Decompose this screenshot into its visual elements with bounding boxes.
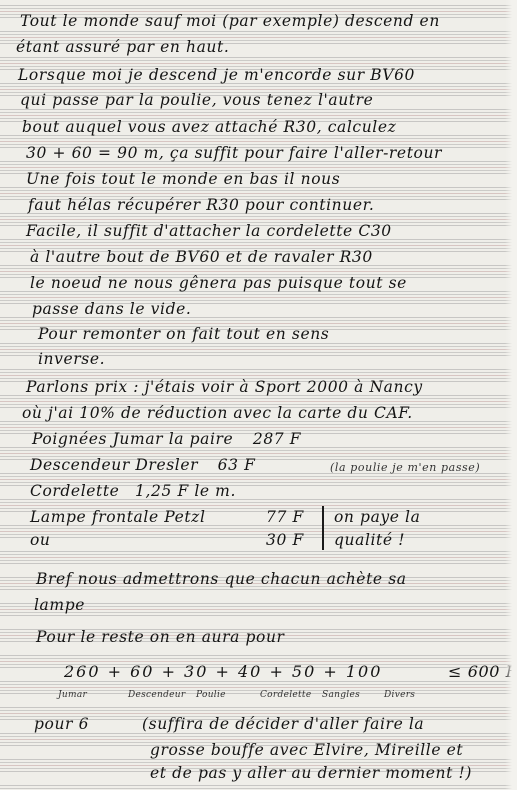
- text-line: lampe: [34, 598, 85, 614]
- price-item-label: Poignées Jumar la paire: [32, 430, 233, 448]
- price-item: Descendeur Dresler 63 F: [30, 458, 255, 474]
- text-line: Bref nous admettrons que chacun achète s…: [36, 572, 407, 588]
- text-line: Facile, il suffit d'attacher la cordelet…: [26, 224, 392, 240]
- text-line: faut hélas récupérer R30 pour continuer.: [28, 198, 374, 214]
- text-line: 30 + 60 = 90 m, ça suffit pour faire l'a…: [26, 146, 442, 162]
- bracket-line: [322, 506, 324, 550]
- text-line: passe dans le vide.: [32, 302, 191, 318]
- text-line: inverse.: [38, 352, 105, 368]
- price-item: Poignées Jumar la paire 287 F: [32, 432, 301, 448]
- sum-label: Divers: [384, 691, 415, 700]
- price-item-value: 1,25 F le m.: [135, 482, 236, 500]
- text-line: où j'ai 10% de réduction avec la carte d…: [22, 406, 413, 422]
- quality-note: qualité !: [334, 533, 405, 549]
- text-line: Tout le monde sauf moi (par exemple) des…: [20, 14, 440, 30]
- sum-label: Descendeur: [128, 691, 186, 700]
- closing-prefix: pour 6: [34, 717, 89, 733]
- sum-label: Jumar: [58, 691, 87, 700]
- price-item-note: (la poulie je m'en passe): [330, 462, 480, 473]
- price-item-value: 77 F: [266, 510, 304, 526]
- price-item-value: 30 F: [266, 533, 304, 549]
- price-item: Cordelette 1,25 F le m.: [30, 484, 236, 500]
- text-line: à l'autre bout de BV60 et de ravaler R30: [30, 250, 373, 266]
- text-line: Lorsque moi je descend je m'encorde sur …: [18, 68, 415, 84]
- price-item-label: Cordelette: [30, 482, 119, 500]
- sum-label: Poulie: [196, 691, 226, 700]
- closing-line: (suffira de décider d'aller faire la: [142, 717, 424, 733]
- text-line: étant assuré par en haut.: [16, 40, 229, 56]
- text-line: Une fois tout le monde en bas il nous: [26, 172, 340, 188]
- price-item-value: 287 F: [253, 430, 301, 448]
- closing-line: grosse bouffe avec Elvire, Mireille et: [150, 743, 463, 759]
- handwritten-letter-page: Tout le monde sauf moi (par exemple) des…: [0, 0, 517, 790]
- price-item-label: Descendeur Dresler: [30, 456, 198, 474]
- price-item: Lampe frontale Petzl: [30, 510, 206, 526]
- text-line: qui passe par la poulie, vous tenez l'au…: [20, 93, 373, 109]
- text-line: bout auquel vous avez attaché R30, calcu…: [22, 120, 396, 136]
- sum-result: ≤ 600 F: [448, 664, 517, 680]
- quality-note: on paye la: [334, 510, 420, 526]
- text-line: Parlons prix : j'étais voir à Sport 2000…: [26, 380, 423, 396]
- text-line: le noeud ne nous gênera pas puisque tout…: [30, 276, 407, 292]
- closing-line: et de pas y aller au dernier moment !): [150, 766, 472, 782]
- sum-label: Sangles: [322, 691, 360, 700]
- price-item-value: 63 F: [218, 456, 256, 474]
- price-item-label: ou: [30, 533, 51, 549]
- text-line: Pour le reste on en aura pour: [36, 630, 285, 646]
- price-item-label: Lampe frontale Petzl: [30, 508, 206, 526]
- sum-label: Cordelette: [260, 691, 311, 700]
- text-line: Pour remonter on fait tout en sens: [38, 327, 329, 343]
- sum-expression: 260 + 60 + 30 + 40 + 50 + 100: [64, 664, 382, 680]
